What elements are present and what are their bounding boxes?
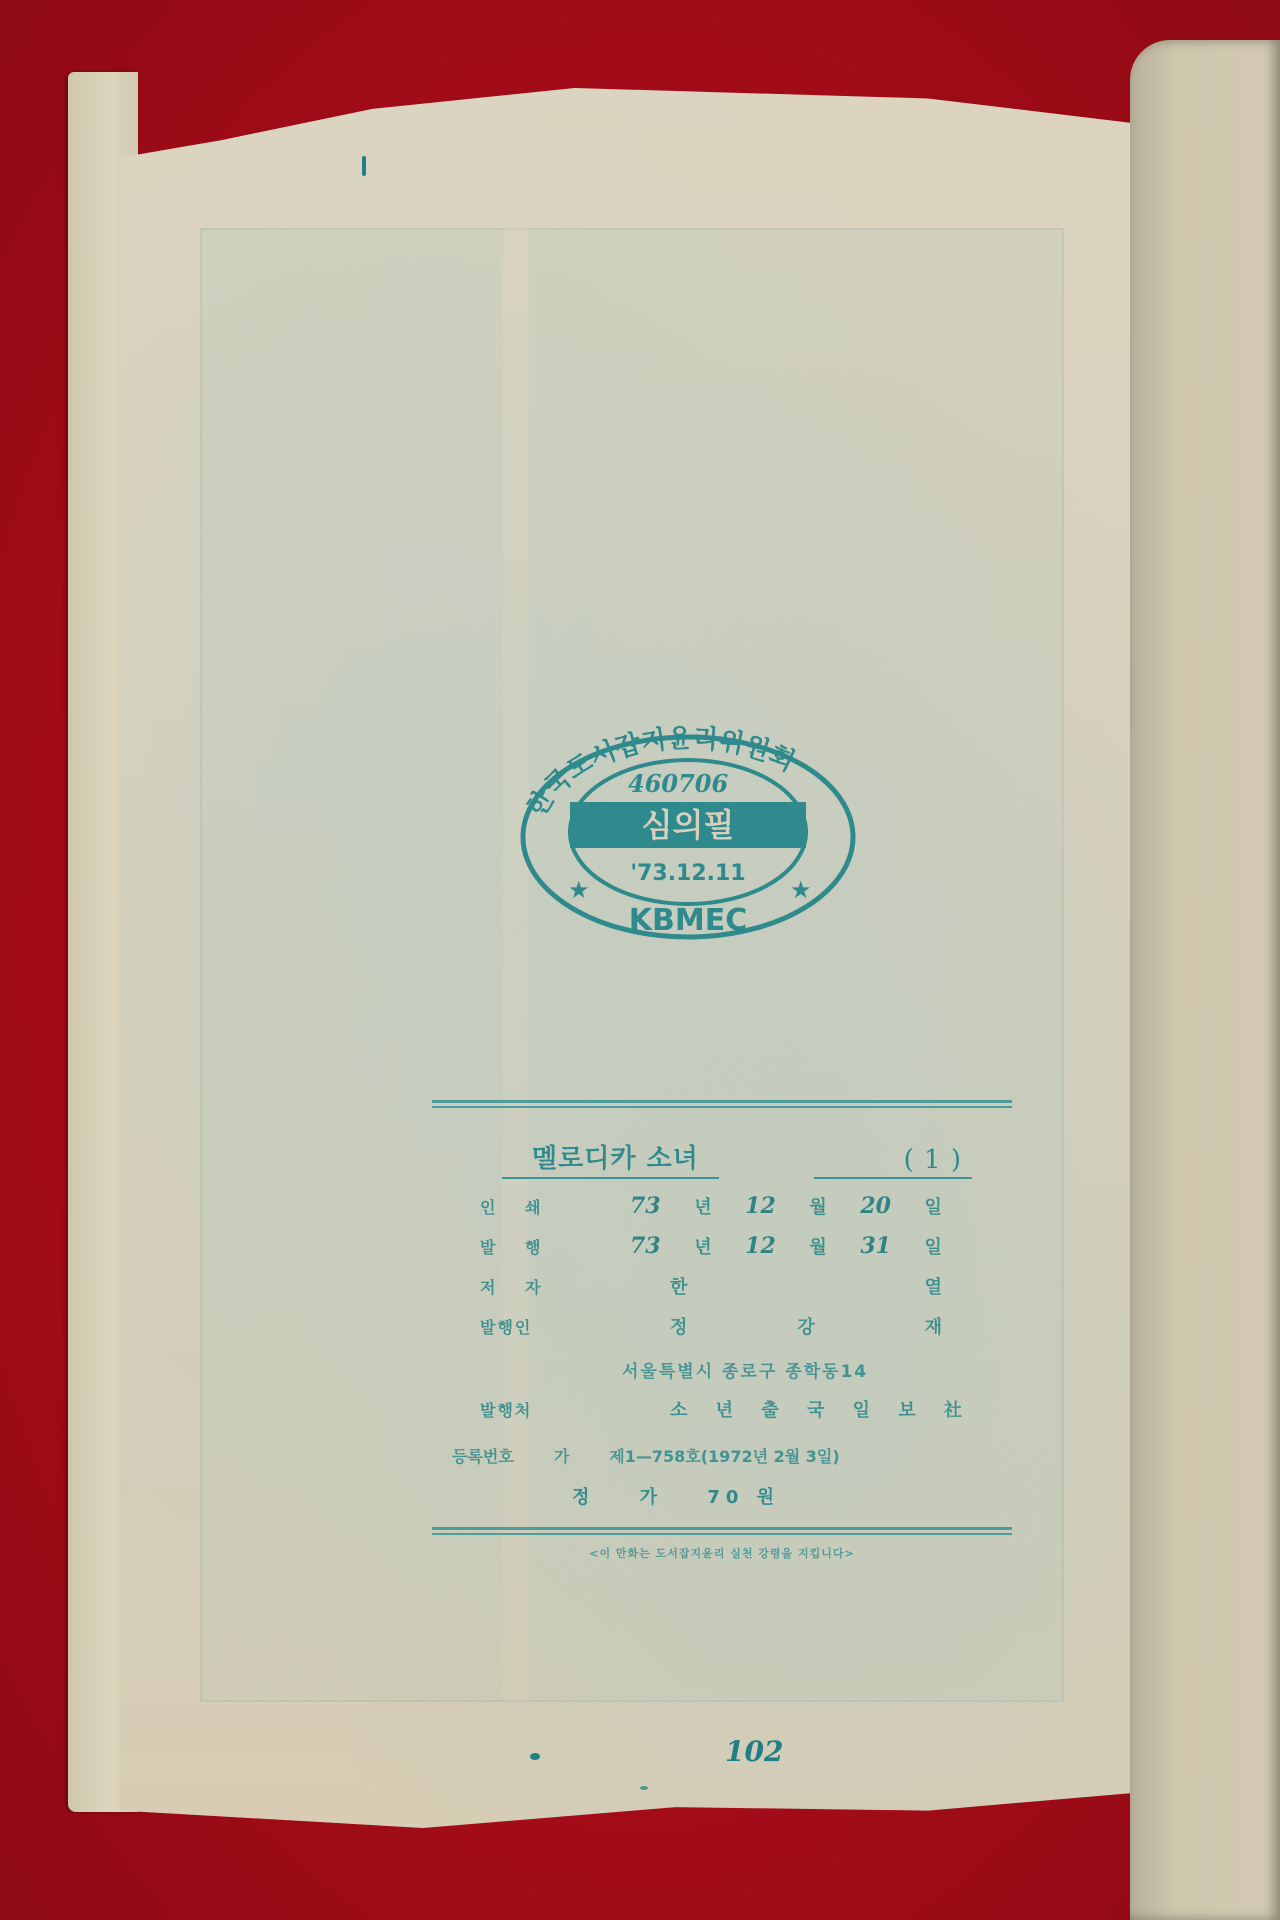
price-row: 정 가 70 원 xyxy=(432,1483,1012,1509)
colophon-top-rule xyxy=(432,1100,1012,1108)
price-value: 70 원 xyxy=(707,1487,780,1508)
colophon-bottom-rule xyxy=(432,1527,1012,1535)
publish-year: 73 xyxy=(630,1233,661,1259)
stamp-center-label: 심의필 xyxy=(642,806,735,844)
print-date-label: 인 쇄 xyxy=(432,1195,630,1218)
registration-prefix: 가 xyxy=(554,1444,569,1467)
print-month: 12 xyxy=(745,1193,776,1219)
censorship-approval-stamp: 한국도서잡지윤리위원회 460706 심의필 '73.12.11 ★ ★ KBM… xyxy=(508,722,868,942)
author-name-part: 열 xyxy=(925,1273,942,1299)
publish-month-unit: 월 xyxy=(809,1233,826,1259)
print-day-unit: 일 xyxy=(925,1193,942,1219)
publisher-char: 소 xyxy=(670,1396,687,1422)
publish-month: 12 xyxy=(745,1233,776,1259)
registration-row: 등록번호 가 제1—758호(1972년 2월 3일) xyxy=(432,1444,1012,1467)
colophon-title-row: 멜로디카 소녀 ( 1 ) xyxy=(432,1138,1012,1179)
print-year: 73 xyxy=(630,1193,661,1219)
publisher-name-part: 정 xyxy=(670,1313,687,1339)
publisher-name-part: 강 xyxy=(797,1313,814,1339)
publish-day-unit: 일 xyxy=(925,1233,942,1259)
stamp-date: '73.12.11 xyxy=(630,861,745,886)
facing-page-edge xyxy=(1130,40,1280,1920)
stamp-serial: 460706 xyxy=(628,769,728,798)
price-label: 정 가 xyxy=(572,1487,679,1508)
publish-day: 31 xyxy=(860,1233,891,1259)
publisher-person-label: 발행인 xyxy=(432,1315,630,1338)
publisher-char: 보 xyxy=(898,1396,915,1422)
registration-number: 제1—758호(1972년 2월 3일) xyxy=(609,1444,839,1467)
book-page xyxy=(120,88,1130,1828)
print-year-unit: 년 xyxy=(694,1193,711,1219)
book-title: 멜로디카 소녀 xyxy=(502,1138,719,1179)
publisher-name-part: 재 xyxy=(925,1313,942,1339)
colophon: 멜로디카 소녀 ( 1 ) 인 쇄 73 년 12 월 20 일 발 행 73 … xyxy=(432,1100,1012,1561)
publisher-row: 발행처 소 년 출 국 일 보 社 xyxy=(432,1396,1012,1422)
registration-label: 등록번호 xyxy=(452,1444,514,1467)
ink-blot xyxy=(640,1786,648,1790)
print-date-row: 인 쇄 73 년 12 월 20 일 xyxy=(432,1193,1012,1219)
print-day: 20 xyxy=(860,1193,891,1219)
publisher-char: 년 xyxy=(716,1396,733,1422)
publisher-char: 출 xyxy=(761,1396,778,1422)
page-number: 102 xyxy=(725,1735,783,1768)
stamp-right-star-icon: ★ xyxy=(790,876,812,904)
publisher-address: 서울특별시 종로구 종학동14 xyxy=(432,1357,1012,1382)
publisher-char: 국 xyxy=(807,1396,824,1422)
publish-year-unit: 년 xyxy=(694,1233,711,1259)
publisher-char: 일 xyxy=(853,1396,870,1422)
volume-number: ( 1 ) xyxy=(814,1145,972,1179)
publish-date-label: 발 행 xyxy=(432,1235,630,1258)
publisher-label: 발행처 xyxy=(432,1398,630,1421)
author-name-part: 한 xyxy=(670,1273,687,1299)
author-row: 저 자 한 열 xyxy=(432,1273,1012,1299)
publisher-person-row: 발행인 정 강 재 xyxy=(432,1313,1012,1339)
author-label: 저 자 xyxy=(432,1275,630,1298)
ethics-pledge-note: <이 만화는 도서잡지윤리 실천 강령을 지킵니다> xyxy=(432,1545,1012,1561)
stamp-left-star-icon: ★ xyxy=(568,876,590,904)
print-month-unit: 월 xyxy=(809,1193,826,1219)
stamp-bottom-text: KBMEC xyxy=(629,903,747,938)
publish-date-row: 발 행 73 년 12 월 31 일 xyxy=(432,1233,1012,1259)
publisher-char: 社 xyxy=(944,1396,962,1422)
ink-blot xyxy=(530,1753,540,1760)
ink-mark xyxy=(362,156,366,176)
